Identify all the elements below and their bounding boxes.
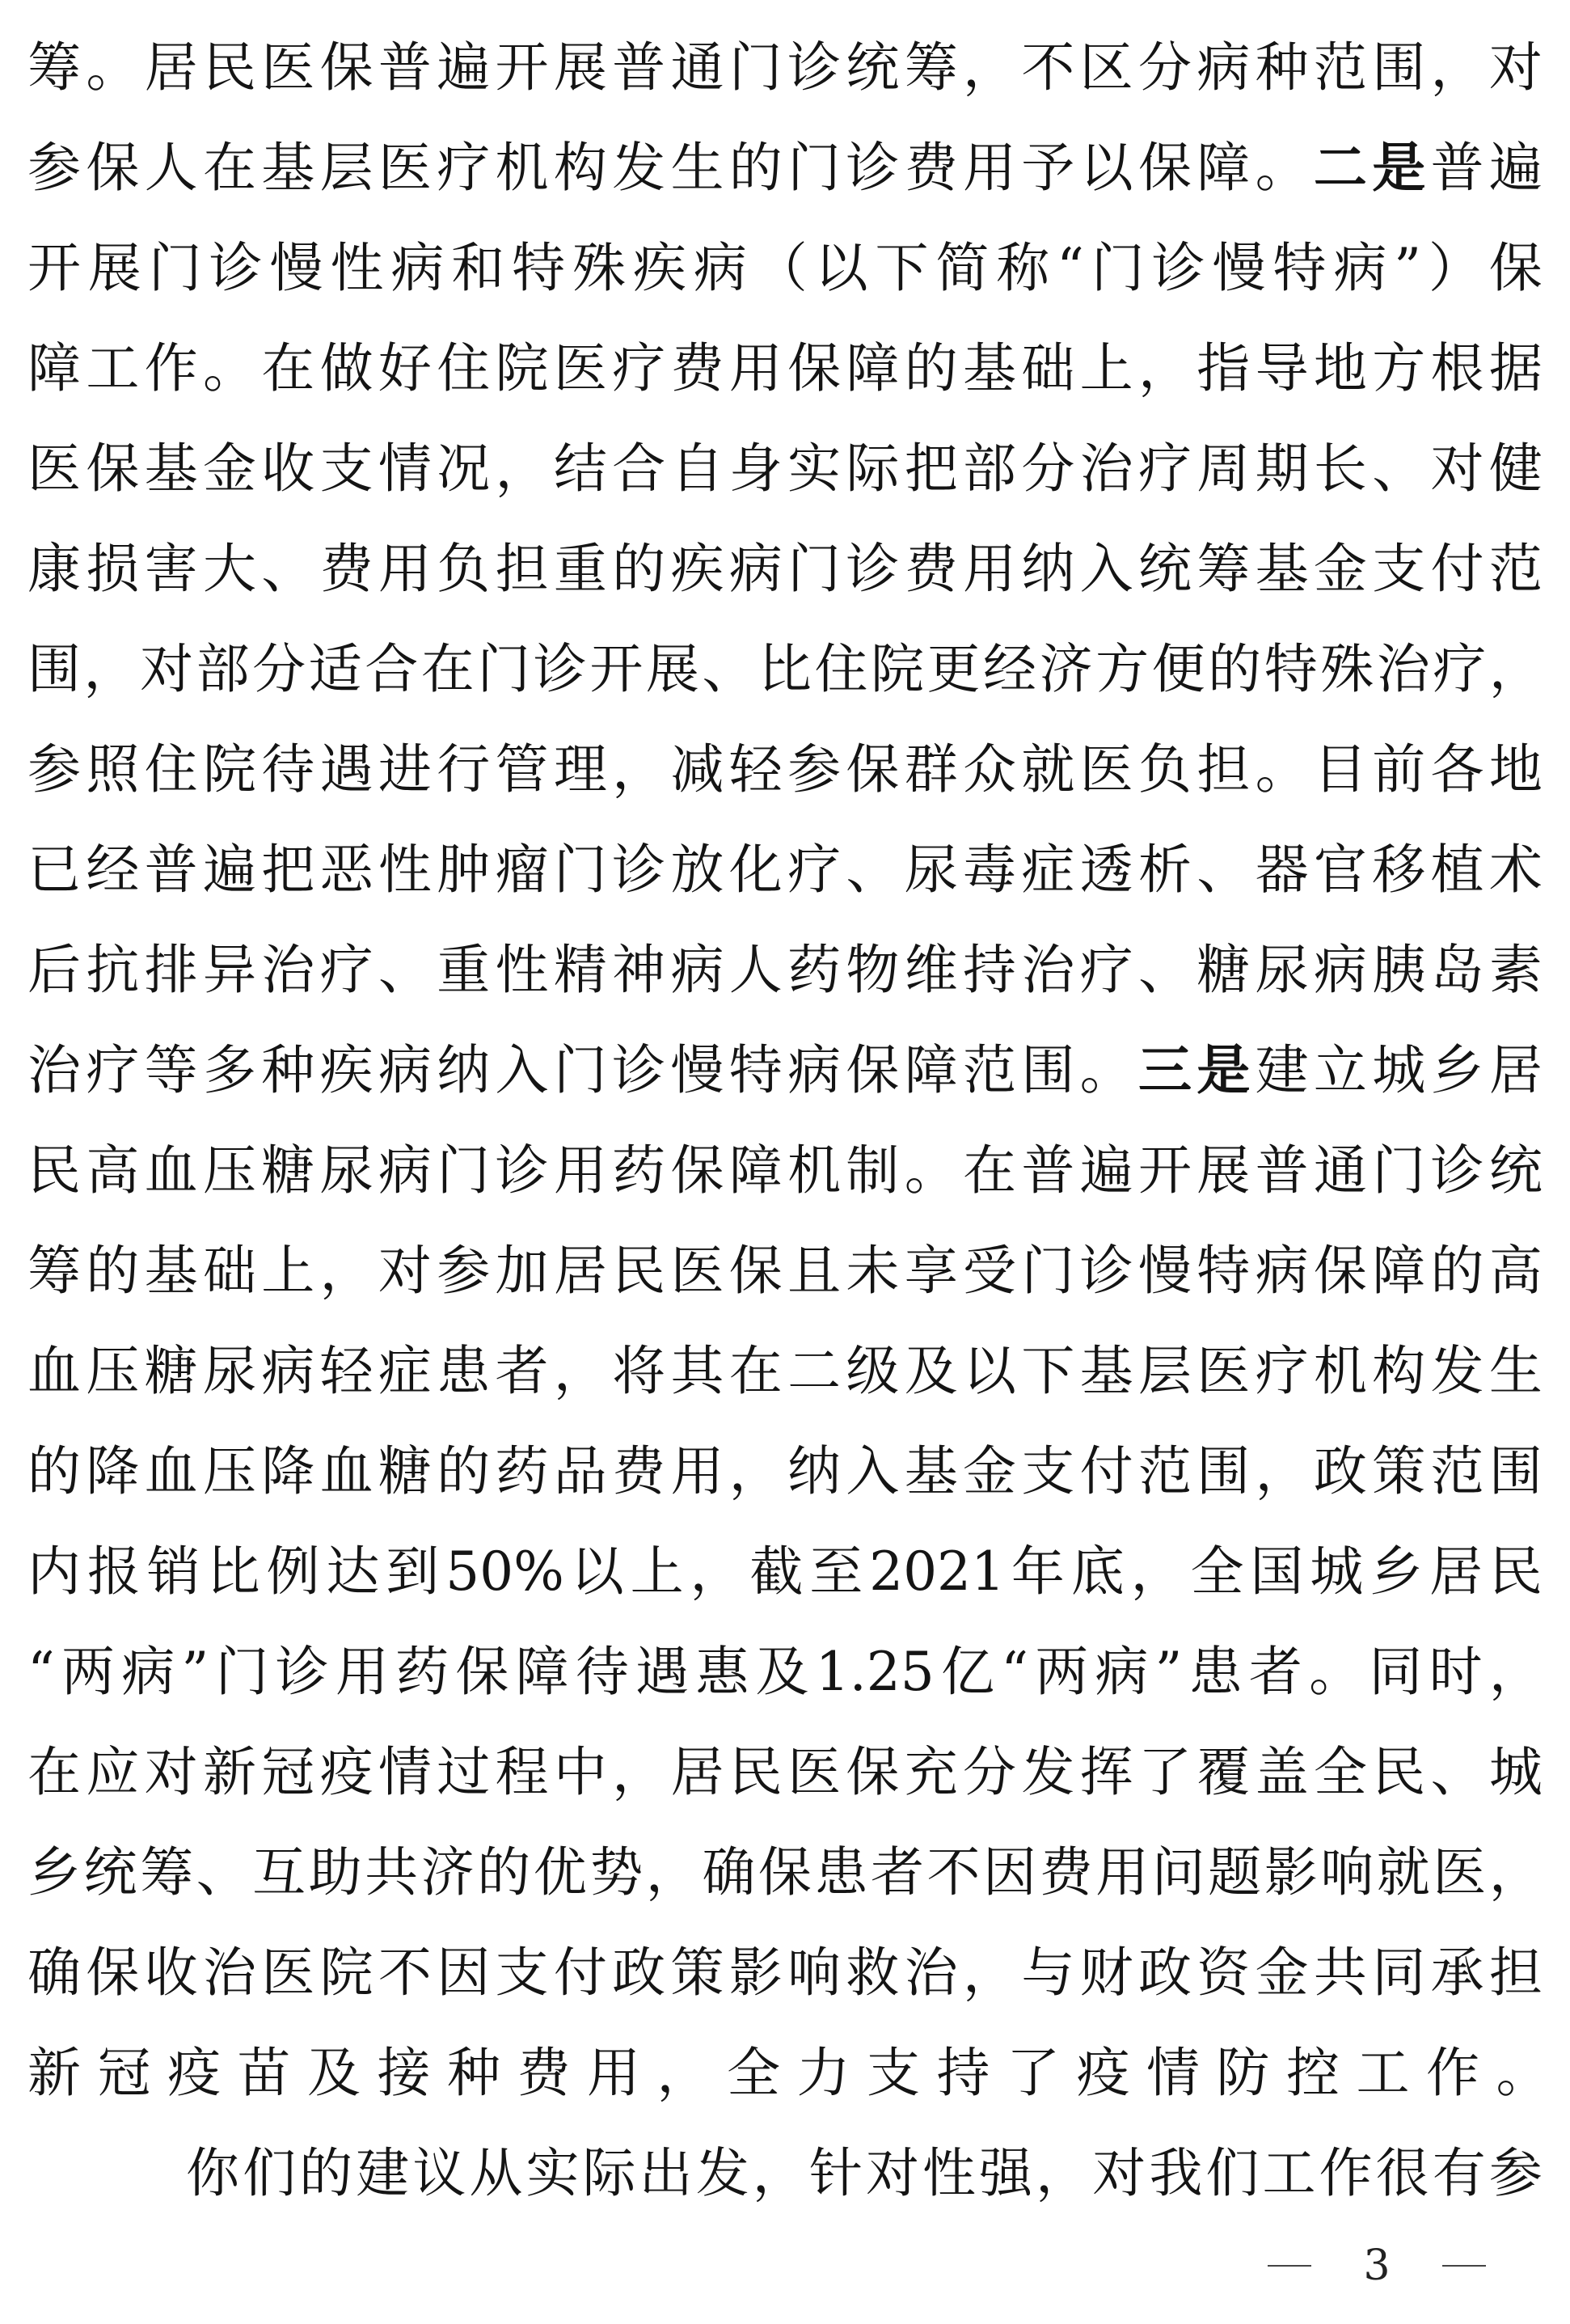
text-char: 胰 <box>1372 932 1425 1009</box>
text-char: 纳 <box>1021 530 1074 608</box>
text-char: 诊 <box>276 1633 329 1711</box>
text-char: 院 <box>496 330 549 408</box>
text-char: 用 <box>729 330 783 408</box>
text-char: 药 <box>395 1633 449 1711</box>
text-char: 作 <box>1426 2035 1473 2112</box>
text-char: 级 <box>846 1333 899 1410</box>
text-char: 范 <box>1489 530 1543 608</box>
text-char: 收 <box>261 430 314 508</box>
text-char: 疫 <box>1077 2035 1124 2112</box>
text-char: 性 <box>378 831 432 909</box>
text-char: 、 <box>261 530 314 608</box>
text-char: 慢 <box>1138 1232 1192 1310</box>
text-char: 民 <box>1489 1533 1543 1611</box>
text-char: 不 <box>378 1934 432 2012</box>
text-char: ， <box>729 1433 783 1511</box>
text-char: 情 <box>378 1734 432 1811</box>
text-char: 的 <box>477 1834 530 1912</box>
text-char: 围 <box>1021 1032 1074 1109</box>
text-char: 全 <box>1191 1533 1244 1611</box>
text-char: 全 <box>1314 1734 1367 1811</box>
text-char: 用 <box>963 129 1016 207</box>
text-char: 病 <box>729 530 783 608</box>
text-char: 压 <box>203 1132 256 1210</box>
text-char: 障 <box>1372 1232 1425 1310</box>
text-char: 保 <box>1138 129 1192 207</box>
text-char: 抗 <box>86 932 139 1009</box>
text-char: 简 <box>935 230 989 307</box>
text-char: 轻 <box>729 731 783 809</box>
text-char: 根 <box>1431 330 1484 408</box>
text-char: 用 <box>963 530 1016 608</box>
text-char: 机 <box>787 1132 841 1210</box>
text-char: 保 <box>846 731 899 809</box>
text-char: 。 <box>905 1132 958 1210</box>
text-char: 发 <box>1431 1333 1484 1410</box>
text-char: 且 <box>787 1232 841 1310</box>
text-char: 疗 <box>437 129 490 207</box>
text-char: 药 <box>496 1433 549 1511</box>
text-char: 针 <box>809 2135 863 2212</box>
text-char: 将 <box>612 1333 665 1410</box>
text-char: 的 <box>1208 631 1261 708</box>
text-char: 做 <box>320 330 374 408</box>
text-line: 筹的基础上，对参加居民医保且未享受门诊慢特病保障的高 <box>27 1232 1543 1310</box>
text-char: 治 <box>1377 631 1430 708</box>
text-char: 、 <box>378 932 432 1009</box>
text-char: 因 <box>437 1934 490 2012</box>
text-char: 诊 <box>534 631 587 708</box>
text-char: 门 <box>1021 1232 1074 1310</box>
text-char: 重 <box>554 530 607 608</box>
text-char: 参 <box>27 731 81 809</box>
bold-marker-char: 是 <box>1196 1032 1250 1109</box>
text-char: 不 <box>927 1834 981 1912</box>
text-char: 互 <box>252 1834 306 1912</box>
text-char: 结 <box>554 430 607 508</box>
text-char: 国 <box>1250 1533 1303 1611</box>
text-char: “ <box>1001 1633 1028 1711</box>
text-char: 财 <box>1080 1934 1133 2012</box>
text-char: 者 <box>496 1333 549 1410</box>
text-char: 门 <box>1091 230 1145 307</box>
text-char: 治 <box>1021 932 1074 1009</box>
text-char: 普 <box>1431 129 1484 207</box>
text-char: 尿 <box>320 1132 374 1210</box>
text-char: 用 <box>1095 1834 1149 1912</box>
text-char: 持 <box>963 932 1016 1009</box>
text-char: 遍 <box>1489 129 1543 207</box>
text-char: 治 <box>1080 430 1133 508</box>
text-char: 际 <box>583 2135 636 2212</box>
text-char: 策 <box>1372 1433 1425 1511</box>
text-char: （ <box>754 230 808 307</box>
text-char: 尿 <box>203 1333 256 1410</box>
text-char: 减 <box>670 731 724 809</box>
text-char: 药 <box>612 1132 665 1210</box>
text-char: 血 <box>145 1132 198 1210</box>
text-char: 充 <box>905 1734 958 1811</box>
text-char: 享 <box>905 1232 958 1310</box>
text-char: 毒 <box>963 831 1016 909</box>
text-char: 诊 <box>846 530 899 608</box>
text-char: 题 <box>1208 1834 1261 1912</box>
text-char: ， <box>963 29 1016 107</box>
text-char: 金 <box>1256 1934 1309 2012</box>
text-char: 议 <box>412 2135 466 2212</box>
text-char: 治 <box>27 1032 81 1109</box>
text-char: 居 <box>554 1232 607 1310</box>
text-char: 通 <box>670 29 724 107</box>
text-char: 付 <box>1431 530 1484 608</box>
text-char: 其 <box>670 1333 724 1410</box>
text-char: 基 <box>1256 530 1309 608</box>
text-char: 纳 <box>437 1032 490 1109</box>
text-char: 2021 <box>869 1533 1005 1611</box>
text-char: 费 <box>1040 1834 1093 1912</box>
text-char: 统 <box>1489 1132 1543 1210</box>
text-char: 负 <box>1138 731 1192 809</box>
text-char: 两 <box>1035 1633 1088 1711</box>
text-char: 费 <box>517 2035 564 2112</box>
text-line: 民高血压糖尿病门诊用药保障机制。在普遍开展普通门诊统 <box>27 1132 1543 1210</box>
text-char: 内 <box>27 1533 81 1611</box>
text-char: 例 <box>267 1533 320 1611</box>
text-char: ， <box>646 1834 699 1912</box>
text-char: 强 <box>979 2135 1032 2212</box>
text-char: 导 <box>1256 330 1309 408</box>
text-char: 人 <box>145 129 198 207</box>
text-line: 新冠疫苗及接种费用，全力支持了疫情防控工作。 <box>27 2035 1543 2112</box>
text-char: 医 <box>554 330 607 408</box>
text-char: 下 <box>875 230 928 307</box>
text-char: 保 <box>86 129 139 207</box>
text-char: 院 <box>871 631 924 708</box>
text-char: 众 <box>963 731 1016 809</box>
text-char: 居 <box>145 29 198 107</box>
text-char: 对 <box>140 631 193 708</box>
text-char: 障 <box>905 1032 958 1109</box>
text-char: 疾 <box>633 230 686 307</box>
text-char: 居 <box>1489 1032 1543 1109</box>
text-char: 全 <box>727 2035 774 2112</box>
text-char: 救 <box>846 1934 899 2012</box>
text-char: 种 <box>1256 29 1309 107</box>
text-char: 资 <box>1196 1934 1250 2012</box>
text-char: 糖 <box>378 1433 432 1511</box>
text-char: 经 <box>86 831 139 909</box>
text-char: 对 <box>1431 430 1484 508</box>
text-char: 负 <box>437 530 490 608</box>
text-char: 门 <box>477 631 530 708</box>
text-char: 、 <box>1431 1734 1484 1811</box>
text-char: 保 <box>787 330 841 408</box>
text-char: 周 <box>1196 430 1250 508</box>
text-char: 政 <box>1314 1433 1367 1511</box>
text-char: 以 <box>963 1333 1016 1410</box>
text-char: 诊 <box>787 29 841 107</box>
text-char: 药 <box>787 932 841 1009</box>
text-char: 和 <box>451 230 504 307</box>
text-char: 指 <box>1196 330 1250 408</box>
text-char: 压 <box>86 1333 139 1410</box>
text-char: 销 <box>147 1533 200 1611</box>
text-char: 病 <box>694 230 747 307</box>
text-line: 康损害大、费用负担重的疾病门诊费用纳入统筹基金支付范 <box>27 530 1543 608</box>
text-char: 遇 <box>635 1633 689 1711</box>
text-char: 方 <box>1095 631 1149 708</box>
text-char: 群 <box>905 731 958 809</box>
text-char: 分 <box>1138 29 1192 107</box>
text-char: 降 <box>86 1433 139 1511</box>
text-char: 程 <box>496 1734 549 1811</box>
text-char: 际 <box>846 430 899 508</box>
text-char: 的 <box>612 530 665 608</box>
text-char: ， <box>554 1333 607 1410</box>
text-char: 医 <box>261 1934 314 2012</box>
text-char: 年 <box>1011 1533 1065 1611</box>
text-char: 析 <box>1138 831 1192 909</box>
text-char: ， <box>753 2135 806 2212</box>
text-char: 我 <box>1149 2135 1202 2212</box>
text-char: 者 <box>871 1834 924 1912</box>
text-char: 治 <box>203 1934 256 2012</box>
text-char: 范 <box>1138 1433 1192 1511</box>
text-char: ， <box>1431 29 1484 107</box>
text-char: 物 <box>846 932 899 1009</box>
text-char: 性 <box>922 2135 976 2212</box>
text-char: 对 <box>1489 29 1543 107</box>
text-char: 机 <box>1314 1333 1367 1410</box>
text-char: 保 <box>1489 230 1543 307</box>
text-char: 入 <box>1080 530 1133 608</box>
text-char: ” <box>1155 1633 1183 1711</box>
text-char: 。 <box>86 29 139 107</box>
text-char: 予 <box>1021 129 1074 207</box>
text-char: 用 <box>587 2035 634 2112</box>
text-char: 付 <box>1080 1433 1133 1511</box>
text-char: 围 <box>1489 1433 1543 1511</box>
text-char: 开 <box>1138 1132 1192 1210</box>
text-char: 开 <box>589 631 643 708</box>
text-char: 糖 <box>1196 932 1250 1009</box>
text-char: 围 <box>27 631 81 708</box>
text-char: 性 <box>330 230 383 307</box>
text-char: 官 <box>1314 831 1367 909</box>
text-line: 开展门诊慢性病和特殊疾病（以下简称“门诊慢特病”）保 <box>27 230 1543 307</box>
text-char: 植 <box>1431 831 1484 909</box>
text-char: 遇 <box>320 731 374 809</box>
text-char: 管 <box>496 731 549 809</box>
text-char: 病 <box>670 932 724 1009</box>
text-char: 特 <box>1272 230 1326 307</box>
text-char: ” <box>1394 230 1421 307</box>
text-char: 分 <box>963 1734 1016 1811</box>
document-page: 筹。居民医保普遍开展普通门诊统筹，不区分病种范围，对参保人在基层医疗机构发生的门… <box>0 0 1570 2324</box>
text-char: ， <box>1489 1633 1543 1711</box>
text-char: 参 <box>437 1232 490 1310</box>
text-char: 医 <box>787 1734 841 1811</box>
text-char: 合 <box>365 631 418 708</box>
text-char: 参 <box>787 731 841 809</box>
text-char: 亿 <box>941 1633 994 1711</box>
text-char: 疗 <box>612 330 665 408</box>
text-char: 础 <box>203 1232 256 1310</box>
text-char: “ <box>1057 230 1084 307</box>
text-char: 病 <box>1095 1633 1148 1711</box>
text-line: 血压糖尿病轻症患者，将其在二级及以下基层医疗机构发生 <box>27 1333 1543 1410</box>
text-char: 城 <box>1372 1032 1425 1109</box>
text-char: 病 <box>787 1032 841 1109</box>
text-char: 助 <box>309 1834 362 1912</box>
text-char: 因 <box>983 1834 1036 1912</box>
text-char: 发 <box>1021 1734 1074 1811</box>
text-char: 及 <box>756 1633 809 1711</box>
text-char: 术 <box>1489 831 1543 909</box>
text-char: 基 <box>1080 1333 1133 1410</box>
text-char: 担 <box>1196 731 1250 809</box>
text-char: 同 <box>1372 1934 1425 2012</box>
text-char: 患 <box>437 1333 490 1410</box>
text-char: 人 <box>729 932 783 1009</box>
text-char: 支 <box>867 2035 914 2112</box>
text-char: 。 <box>1496 2035 1543 2112</box>
text-char: 保 <box>729 1232 783 1310</box>
text-char: 覆 <box>1196 1734 1250 1811</box>
text-char: 特 <box>729 1032 783 1109</box>
text-char: 长 <box>1314 430 1367 508</box>
text-char: 新 <box>203 1734 256 1811</box>
text-char: 建 <box>356 2135 409 2212</box>
text-char: 在 <box>729 1333 783 1410</box>
text-char: 尿 <box>1256 932 1309 1009</box>
text-char: 统 <box>846 29 899 107</box>
text-char: 障 <box>846 330 899 408</box>
text-char: 把 <box>261 831 314 909</box>
text-char: 用 <box>336 1633 389 1711</box>
page-number: 3 <box>1363 2242 1390 2290</box>
text-char: 患 <box>1189 1633 1243 1711</box>
text-char: 病 <box>1196 29 1250 107</box>
text-char: 器 <box>1256 831 1309 909</box>
text-char: 诊 <box>612 831 665 909</box>
text-char: 称 <box>996 230 1049 307</box>
text-char: 对 <box>1092 2135 1146 2212</box>
text-char: 付 <box>554 1934 607 2012</box>
text-line: “两病”门诊用药保障待遇惠及1.25亿“两病”患者。同时， <box>27 1633 1543 1711</box>
text-line: 在应对新冠疫情过程中，居民医保充分发挥了覆盖全民、城 <box>27 1734 1543 1811</box>
text-line: 筹。居民医保普遍开展普通门诊统筹，不区分病种范围，对 <box>27 29 1543 107</box>
text-char: 保 <box>86 1934 139 2012</box>
text-char: 支 <box>1021 1433 1074 1511</box>
text-char: 。 <box>203 330 256 408</box>
text-char: 二 <box>787 1333 841 1410</box>
text-char: 在 <box>963 1132 1016 1210</box>
text-char: 目 <box>1314 731 1367 809</box>
text-char: 降 <box>261 1433 314 1511</box>
text-char: 在 <box>27 1734 81 1811</box>
text-char: 力 <box>797 2035 844 2112</box>
text-char: 待 <box>576 1633 629 1711</box>
text-char: 的 <box>86 1232 139 1310</box>
text-char: 范 <box>1431 1433 1484 1511</box>
text-char: 理 <box>554 731 607 809</box>
text-char: 应 <box>86 1734 139 1811</box>
text-char: 等 <box>145 1032 198 1109</box>
text-char: 慢 <box>1213 230 1266 307</box>
text-char: 从 <box>469 2135 522 2212</box>
text-char: 糖 <box>145 1333 198 1410</box>
text-char: 立 <box>1314 1032 1367 1109</box>
text-char: 部 <box>963 430 1016 508</box>
text-char: 入 <box>846 1433 899 1511</box>
bold-marker-char: 二 <box>1314 129 1367 207</box>
text-char: 共 <box>1314 1934 1367 2012</box>
text-char: 区 <box>1080 29 1133 107</box>
text-char: 居 <box>670 1734 724 1811</box>
text-char: 殊 <box>572 230 626 307</box>
text-char: 乡 <box>27 1834 81 1912</box>
text-char: 放 <box>670 831 724 909</box>
text-char: 保 <box>846 1032 899 1109</box>
text-char: 尿 <box>905 831 958 909</box>
text-char: 以 <box>1080 129 1133 207</box>
bold-marker-char: 三 <box>1138 1032 1192 1109</box>
text-char: 好 <box>378 330 432 408</box>
text-char: ， <box>1138 330 1192 408</box>
text-char: 基 <box>145 430 198 508</box>
text-char: 精 <box>554 932 607 1009</box>
text-char: 病 <box>378 1032 432 1109</box>
text-char: 基 <box>963 330 1016 408</box>
text-char: 费 <box>612 1433 665 1511</box>
text-char: 城 <box>1489 1734 1543 1811</box>
text-char: 构 <box>1372 1333 1425 1410</box>
text-char: ， <box>1489 1834 1543 1912</box>
text-char: 对 <box>866 2135 919 2212</box>
text-char: 诊 <box>1431 1132 1484 1210</box>
text-char: 达 <box>326 1533 379 1611</box>
text-char: 工 <box>1357 2035 1403 2112</box>
text-char: 政 <box>1138 1934 1192 2012</box>
text-char: 况 <box>437 430 490 508</box>
bold-marker-char: 是 <box>1372 129 1425 207</box>
text-char: 方 <box>1372 330 1425 408</box>
text-char: 苗 <box>238 2035 285 2112</box>
text-line: 医保基金收支情况，结合自身实际把部分治疗周期长、对健 <box>27 430 1543 508</box>
text-char: 发 <box>612 129 665 207</box>
text-char: 遍 <box>203 831 256 909</box>
text-char: 大 <box>203 530 256 608</box>
text-char: 保 <box>86 430 139 508</box>
text-char: 用 <box>378 530 432 608</box>
text-char: 乡 <box>1431 1032 1484 1109</box>
text-line: 障工作。在做好住院医疗费用保障的基础上，指导地方根据 <box>27 330 1543 408</box>
text-char: 同 <box>1369 1633 1422 1711</box>
text-char: 保 <box>670 1132 724 1210</box>
text-char: 用 <box>670 1433 724 1511</box>
text-char: 上 <box>631 1533 684 1611</box>
text-char: 化 <box>729 831 783 909</box>
text-char: 期 <box>1256 430 1309 508</box>
text-char: 、 <box>702 631 755 708</box>
text-char: 统 <box>84 1834 137 1912</box>
text-char: 障 <box>516 1633 569 1711</box>
text-char: 展 <box>88 230 141 307</box>
text-char: 们 <box>243 2135 296 2212</box>
text-char: 地 <box>1489 731 1543 809</box>
text-char: 民 <box>27 1132 81 1210</box>
